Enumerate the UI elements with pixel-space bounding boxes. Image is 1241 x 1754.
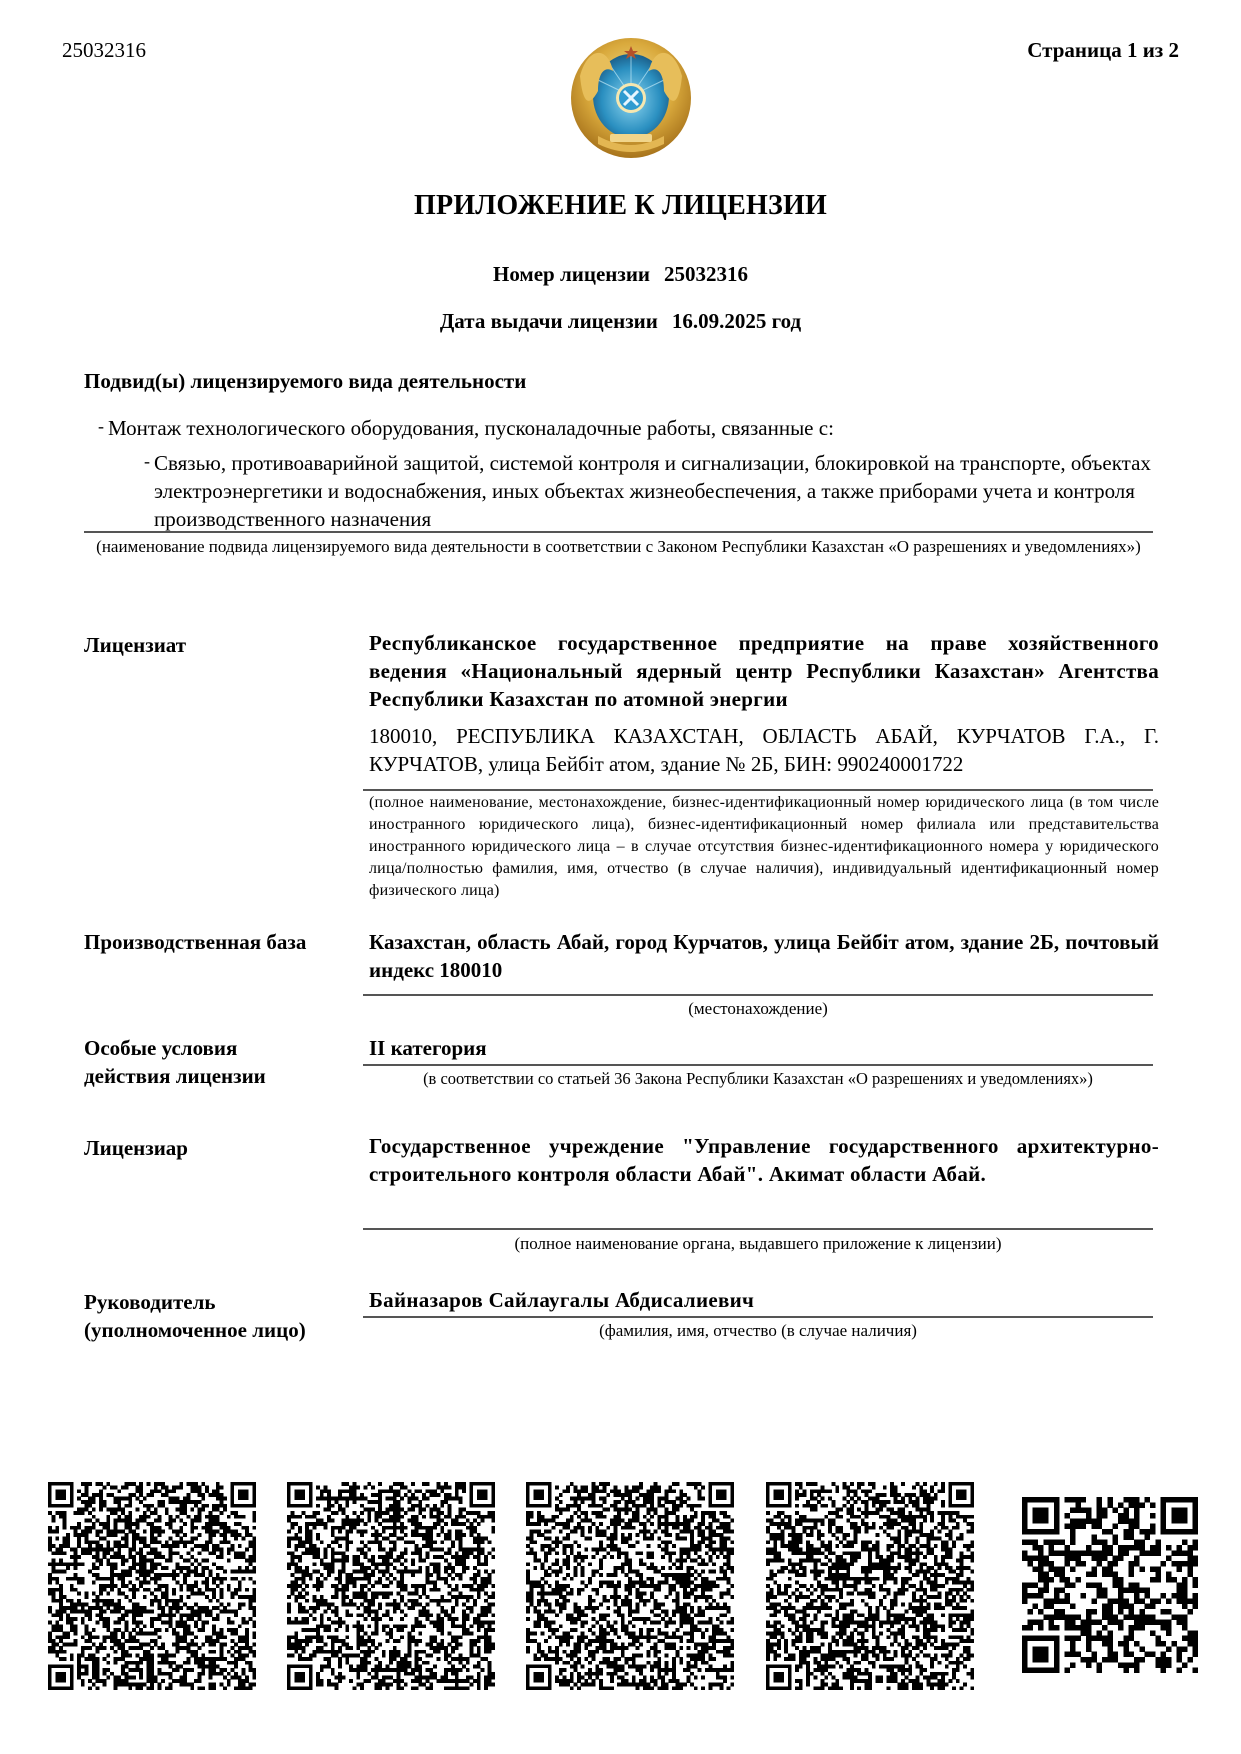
- license-date-row: Дата выдачи лицензии16.09.2025 год: [0, 309, 1241, 334]
- page-indicator: Страница 1 из 2: [1027, 38, 1179, 63]
- special-conditions-label-line2: действия лицензии: [84, 1062, 266, 1090]
- qr-code-icon: [1022, 1497, 1198, 1673]
- license-number-label: Номер лицензии: [493, 262, 650, 286]
- license-date-value: 16.09.2025 год: [672, 309, 801, 333]
- licensor-note: (полное наименование органа, выдавшего п…: [363, 1233, 1153, 1255]
- production-base-value: Казахстан, область Абай, город Курчатов,…: [369, 928, 1159, 984]
- licensor-value: Государственное учреждение "Управление г…: [369, 1132, 1159, 1188]
- document-title: ПРИЛОЖЕНИЕ К ЛИЦЕНЗИИ: [0, 190, 1241, 222]
- special-conditions-value: II категория: [369, 1034, 1159, 1062]
- subtype-item-level2: - Связью, противоаварийной защитой, сист…: [154, 449, 1190, 533]
- licensee-name: Республиканское государственное предприя…: [369, 629, 1159, 713]
- qr-code-icon: [48, 1482, 256, 1690]
- subtypes-note: (наименование подвида лицензируемого вид…: [84, 536, 1153, 558]
- head-label-line1: Руководитель: [84, 1288, 306, 1316]
- divider: [363, 789, 1153, 791]
- license-date-label: Дата выдачи лицензии: [440, 309, 658, 333]
- license-number-value: 25032316: [664, 262, 748, 286]
- licensee-address: 180010, РЕСПУБЛИКА КАЗАХСТАН, ОБЛАСТЬ АБ…: [369, 722, 1159, 778]
- divider: [363, 1228, 1153, 1230]
- document-number: 25032316: [62, 38, 146, 63]
- qr-code-icon: [287, 1482, 495, 1690]
- subtype-item-text: Связью, противоаварийной защитой, систем…: [154, 451, 1151, 531]
- head-value: Байназаров Сайлаугалы Абдисалиевич: [369, 1286, 1159, 1314]
- licensee-label: Лицензиат: [84, 631, 186, 659]
- divider: [363, 1064, 1153, 1066]
- subtype-item-level1: - Монтаж технологического оборудования, …: [108, 414, 834, 442]
- head-note: (фамилия, имя, отчество (в случае наличи…: [363, 1320, 1153, 1342]
- production-base-note: (местонахождение): [363, 998, 1153, 1020]
- production-base-label: Производственная база: [84, 928, 306, 956]
- state-emblem-icon: [568, 36, 694, 160]
- licensor-label: Лицензиар: [84, 1134, 188, 1162]
- dash-bullet-icon: -: [144, 447, 150, 475]
- dash-bullet-icon: -: [98, 412, 104, 440]
- qr-code-icon: [526, 1482, 734, 1690]
- license-number-row: Номер лицензии25032316: [0, 262, 1241, 287]
- head-label: Руководитель (уполномоченное лицо): [84, 1288, 306, 1344]
- divider: [363, 994, 1153, 996]
- special-conditions-note: (в соответствии со статьей 36 Закона Рес…: [363, 1068, 1153, 1090]
- licensee-note: (полное наименование, местонахождение, б…: [369, 792, 1159, 902]
- qr-code-icon: [766, 1482, 974, 1690]
- special-conditions-label: Особые условия действия лицензии: [84, 1034, 266, 1090]
- subtypes-heading: Подвид(ы) лицензируемого вида деятельнос…: [84, 369, 526, 394]
- subtype-item-text: Монтаж технологического оборудования, пу…: [108, 416, 834, 440]
- divider: [84, 531, 1153, 533]
- special-conditions-label-line1: Особые условия: [84, 1034, 266, 1062]
- divider: [363, 1316, 1153, 1318]
- head-label-line2: (уполномоченное лицо): [84, 1316, 306, 1344]
